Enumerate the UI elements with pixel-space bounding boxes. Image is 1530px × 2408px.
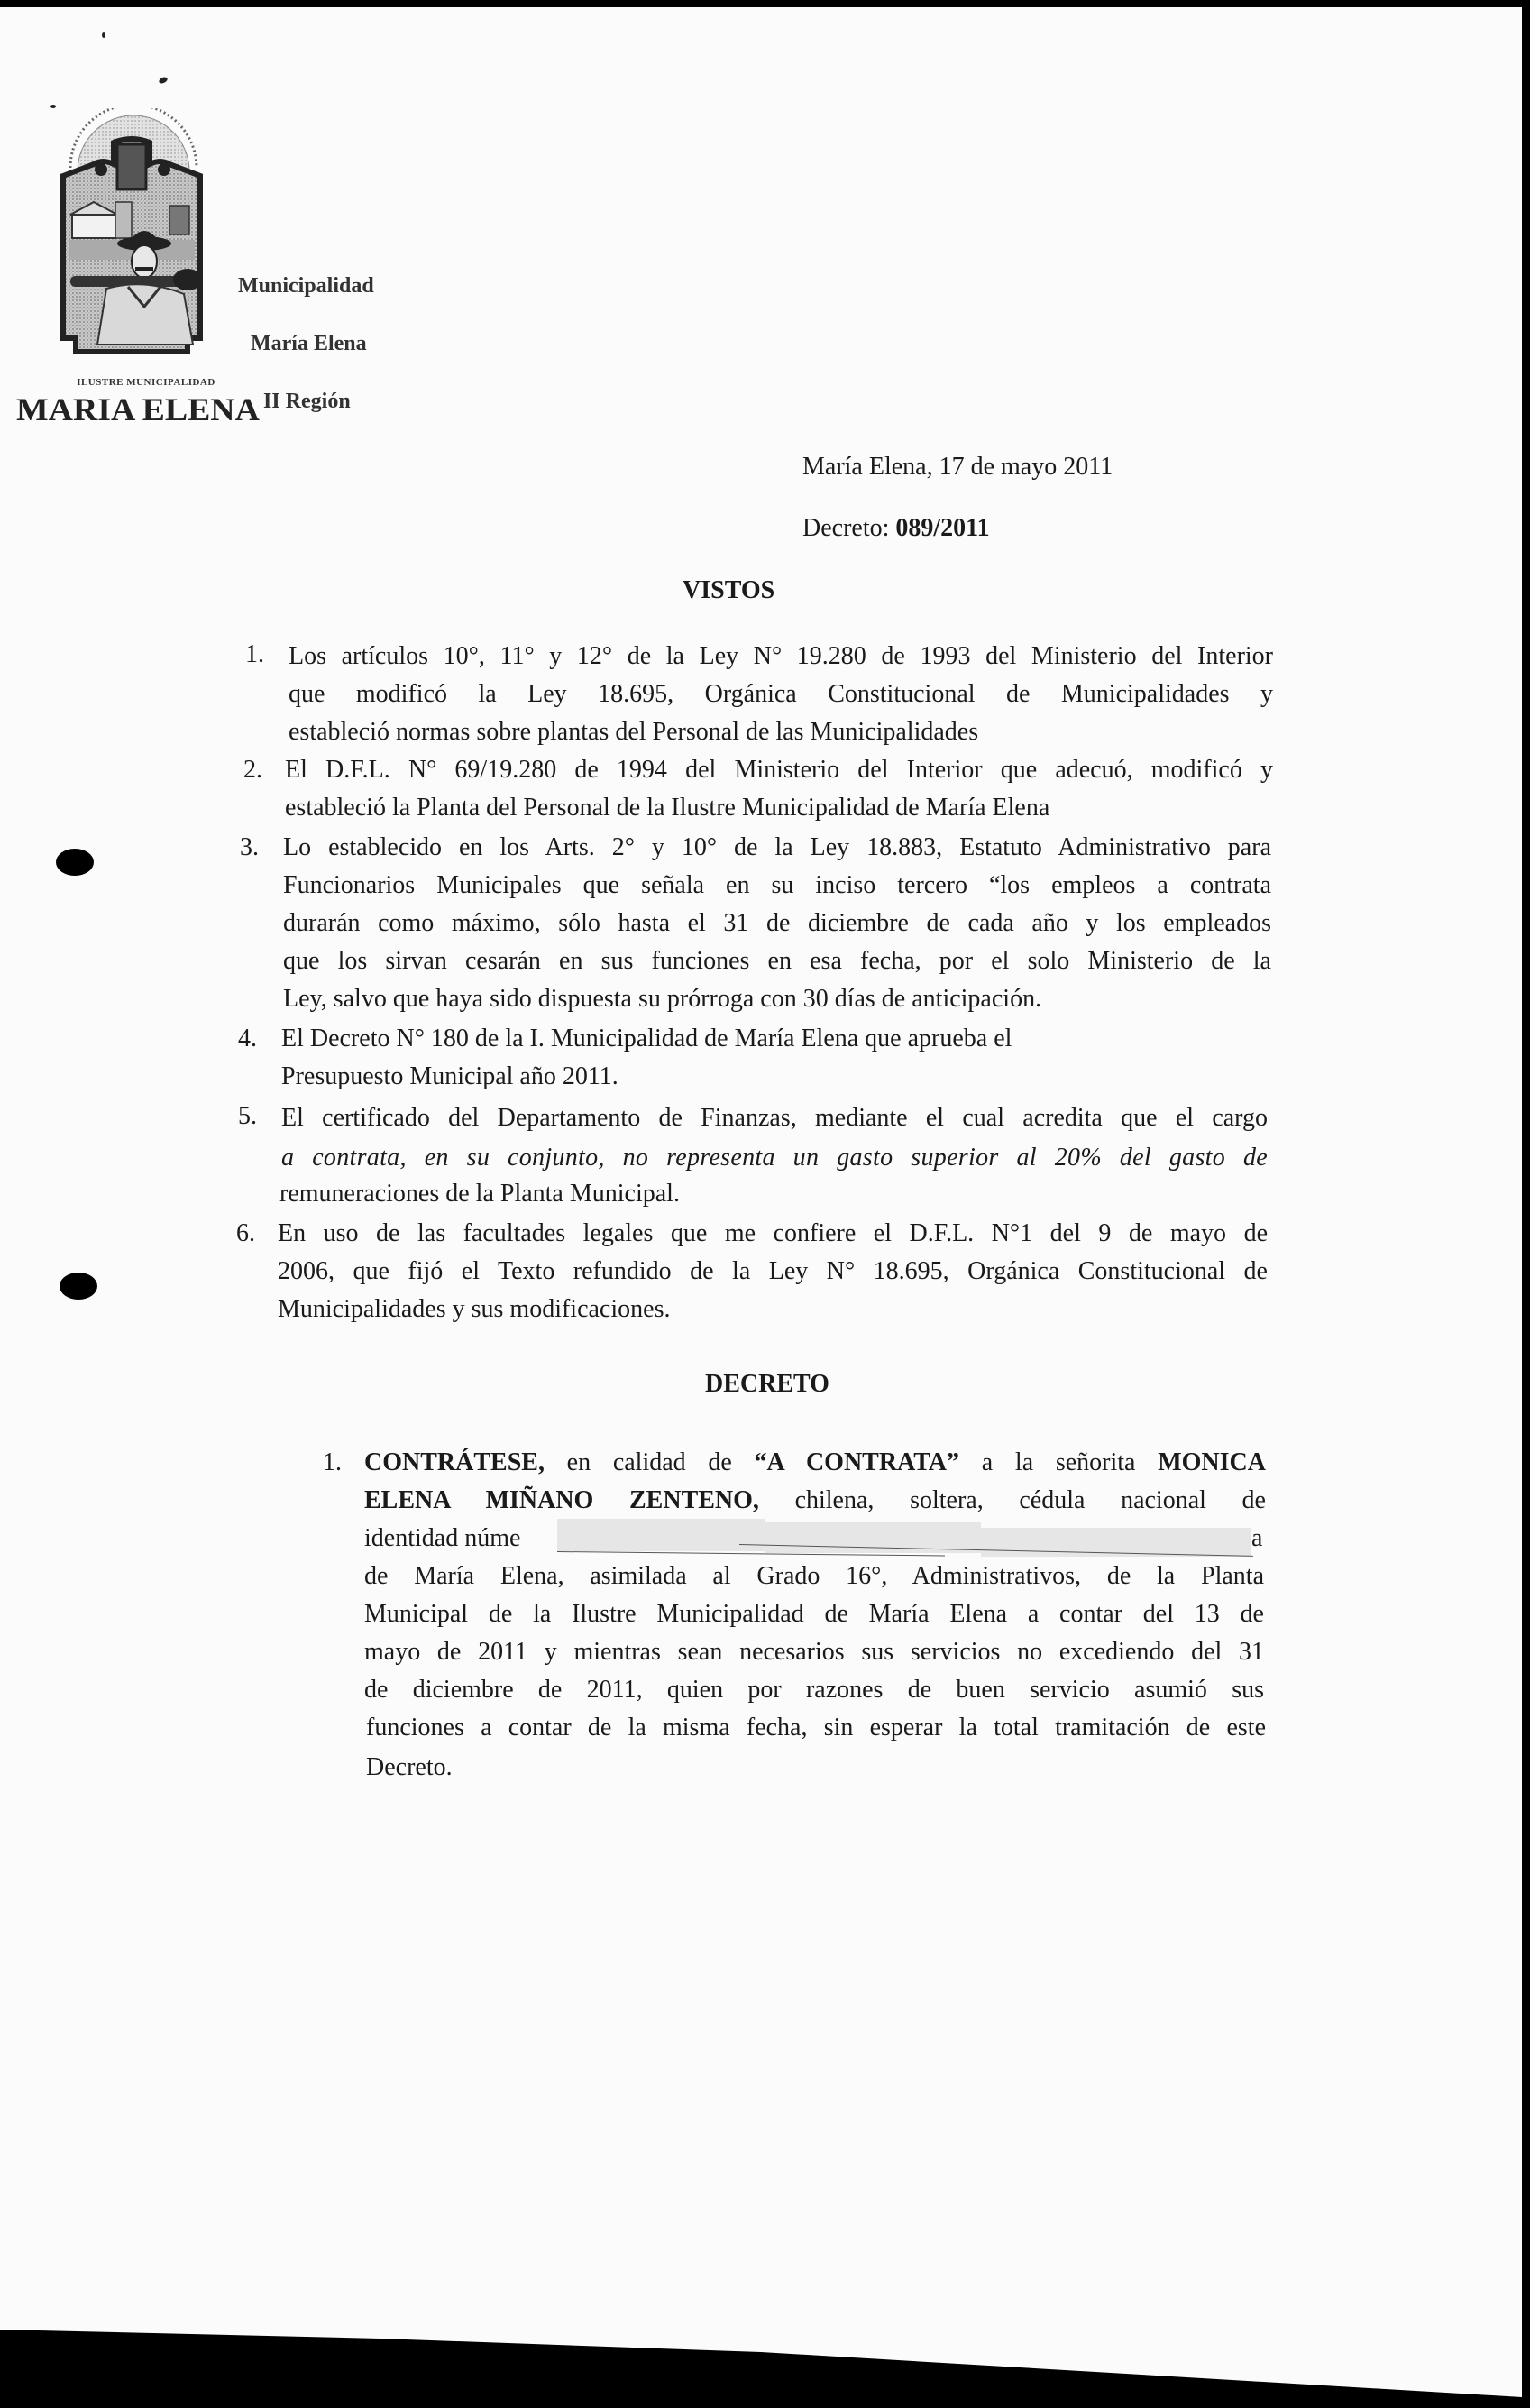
decreto-item-1-line: Decreto. — [366, 1755, 453, 1780]
vistos-item-1-line: estableció normas sobre plantas del Pers… — [289, 720, 978, 745]
vistos-item-3-line: que los sirvan cesarán en sus funciones … — [283, 949, 1271, 974]
vistos-item-3-line: Lo establecido en los Arts. 2° y 10° de … — [283, 835, 1271, 860]
decreto-item-1-line-2: ELENA MIÑANO ZENTENO, chilena, soltera, … — [364, 1488, 1266, 1513]
text-segment: en calidad de — [545, 1448, 755, 1476]
decreto-item-1-line: mayo de 2011 y mientras sean necesarios … — [364, 1640, 1264, 1665]
decreto-item-1-line: de diciembre de 2011, quien por razones … — [364, 1677, 1264, 1703]
vistos-item-5-line: a contrata, en su conjunto, no represent… — [281, 1145, 1268, 1171]
vistos-item-2-line: estableció la Planta del Personal de la … — [285, 795, 1049, 821]
vistos-item-number: 4. — [238, 1025, 257, 1053]
employee-name-part: ELENA MIÑANO ZENTENO, — [364, 1486, 759, 1514]
vistos-item-6-line: Municipalidades y sus modificaciones. — [278, 1297, 670, 1322]
decree-number-line: Decreto: 089/2011 — [802, 516, 990, 541]
letterhead-line-region: II Región — [263, 390, 351, 414]
place-date: María Elena, 17 de mayo 2011 — [802, 455, 1113, 480]
vistos-item-number: 6. — [236, 1219, 255, 1248]
decreto-item-1-line-1: CONTRÁTESE, en calidad de “A CONTRATA” a… — [364, 1450, 1266, 1475]
vistos-item-2-line: El D.F.L. N° 69/19.280 de 1994 del Minis… — [285, 758, 1273, 783]
punch-hole — [60, 1273, 97, 1300]
decreto-item-1-line: funciones a contar de la misma fecha, si… — [366, 1715, 1266, 1741]
decreto-item-1-line: Municipal de la Ilustre Municipalidad de… — [364, 1602, 1264, 1627]
letterhead-line-maria-elena: María Elena — [251, 332, 367, 356]
crest-name: MARIA ELENA — [16, 391, 260, 428]
vistos-item-number: 5. — [238, 1102, 257, 1131]
decreto-item-1-line-3-start: identidad núme — [364, 1526, 520, 1551]
decree-label: Decreto: — [802, 514, 889, 542]
letterhead-line-municipalidad: Municipalidad — [238, 274, 374, 299]
decree-number: 089/2011 — [895, 514, 989, 542]
scan-speck — [158, 76, 169, 85]
decreto-item-1-line-3-end: a — [1251, 1526, 1262, 1551]
vistos-item-1-line: que modificó la Ley 18.695, Orgánica Con… — [289, 682, 1273, 707]
contratese-keyword: CONTRÁTESE, — [364, 1448, 545, 1476]
vistos-item-4-line: El Decreto N° 180 de la I. Municipalidad… — [281, 1026, 1012, 1052]
vistos-item-5-line: remuneraciones de la Planta Municipal. — [279, 1181, 680, 1207]
decreto-heading: DECRETO — [705, 1370, 829, 1399]
vistos-item-6-line: En uso de las facultades legales que me … — [278, 1221, 1268, 1246]
redaction-patch — [557, 1519, 765, 1551]
municipal-crest-logo — [43, 108, 220, 361]
vistos-item-3-line: durarán como máximo, sólo hasta el 31 de… — [283, 911, 1271, 936]
text-segment: a la señorita — [959, 1448, 1158, 1476]
vistos-item-4-line: Presupuesto Municipal año 2011. — [281, 1064, 618, 1089]
vistos-item-1-line: Los artículos 10°, 11° y 12° de la Ley N… — [289, 644, 1273, 669]
crest-caption: ILUSTRE MUNICIPALIDAD — [38, 377, 254, 388]
vistos-item-number: 1. — [245, 640, 264, 669]
decreto-item-number: 1. — [323, 1448, 342, 1477]
decreto-item-1-line: de María Elena, asimilada al Grado 16°, … — [364, 1564, 1264, 1589]
a-contrata-keyword: “A CONTRATA” — [755, 1448, 959, 1476]
vistos-item-3-line: Funcionarios Municipales que señala en s… — [283, 873, 1271, 898]
document-page: ILUSTRE MUNICIPALIDAD MARIA ELENA Munici… — [0, 7, 1522, 2408]
employee-name-part: MONICA — [1158, 1448, 1266, 1476]
vistos-item-number: 3. — [240, 833, 259, 862]
vistos-item-5-line: El certificado del Departamento de Finan… — [281, 1106, 1268, 1131]
text-segment: chilena, soltera, cédula nacional de — [759, 1486, 1266, 1514]
vistos-heading: VISTOS — [683, 576, 774, 605]
scan-speck — [102, 32, 105, 38]
vistos-item-3-line: Ley, salvo que haya sido dispuesta su pr… — [283, 987, 1041, 1012]
punch-hole — [56, 849, 94, 876]
vistos-item-number: 2. — [243, 756, 262, 785]
vistos-item-6-line: 2006, que fijó el Texto refundido de la … — [278, 1259, 1268, 1284]
